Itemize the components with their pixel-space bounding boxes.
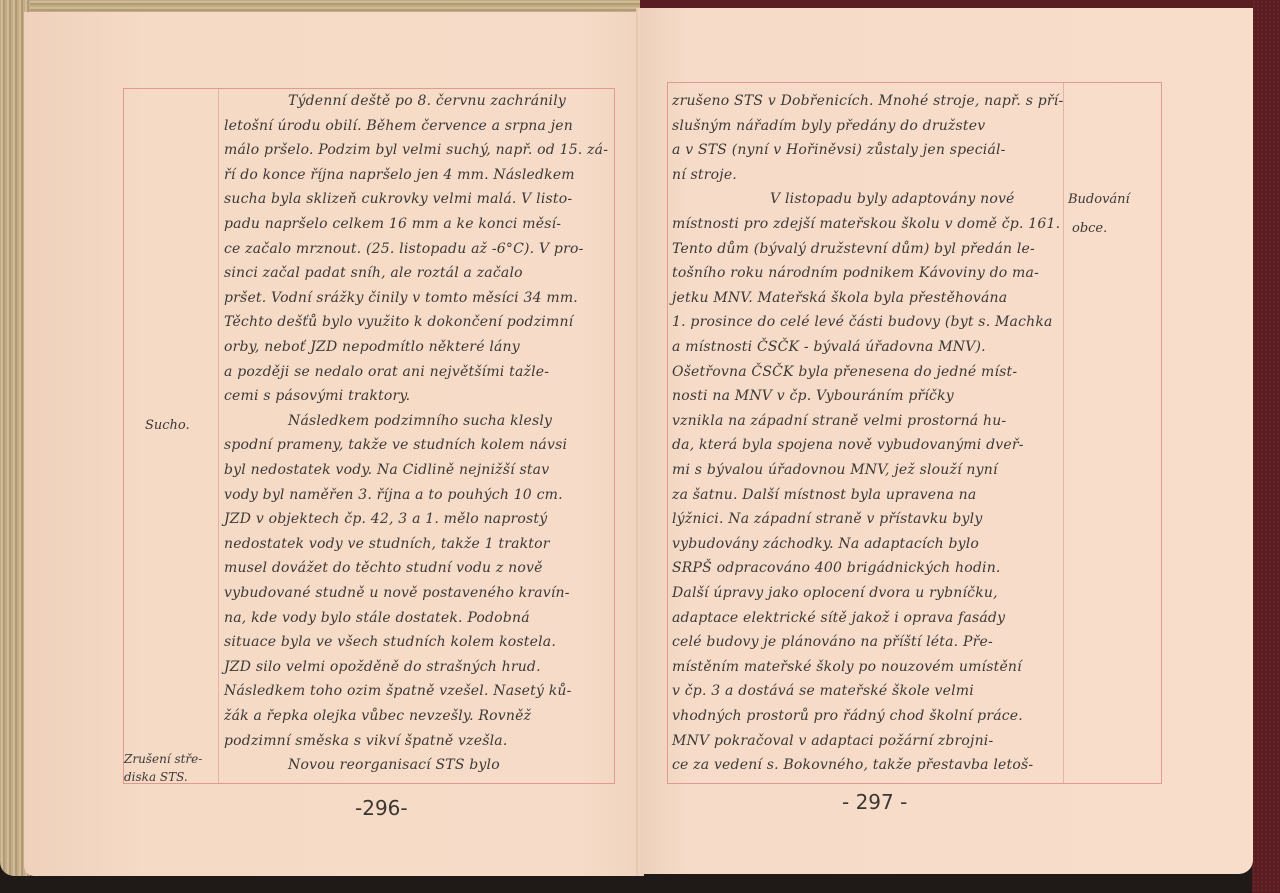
text-line: místěním mateřské školy po nouzovém umís… [672, 659, 1022, 675]
text-line: sinci začal padat sníh, ale roztál a zač… [224, 265, 523, 281]
text-line: situace byla ve všech studních kolem kos… [224, 634, 556, 650]
text-line: na, kde vody bylo stále dostatek. Podobn… [224, 610, 530, 626]
text-line: a v STS (nyní v Hořiněvsi) zůstaly jen s… [672, 142, 1006, 158]
text-line: slušným nářadím byly předány do družstev [672, 118, 985, 134]
text-line: vody byl naměřen 3. října a to pouhých 1… [224, 487, 563, 503]
left-margin-rule [218, 89, 219, 783]
book-cover-top [640, 0, 1280, 8]
text-line: lýžnici. Na západní straně v přístavku b… [672, 511, 982, 527]
text-line: vznikla na západní straně velmi prostorn… [672, 413, 1006, 429]
text-line: nedostatek vody ve studních, takže 1 tra… [224, 536, 550, 552]
text-line: málo pršelo. Podzim byl velmi suchý, nap… [224, 142, 608, 158]
margin-note-budovani: Budování [1068, 192, 1130, 207]
right-page-frame [667, 82, 1162, 784]
right-page-number: - 297 - [842, 790, 907, 814]
text-line: a místnosti ČSČK - bývalá úřadovna MNV). [672, 339, 986, 355]
text-line: zrušeno STS v Dobřenicích. Mnohé stroje,… [672, 93, 1063, 109]
text-line: Tento dům (bývalý družstevní dům) byl př… [672, 241, 1035, 257]
text-line: orby, neboť JZD nepodmítlo některé lány [224, 339, 520, 355]
text-line: JZD silo velmi opožděně do strašných hru… [224, 659, 541, 675]
text-line: Další úpravy jako oplocení dvora u rybní… [672, 585, 998, 601]
text-line: vybudované studně u nově postaveného kra… [224, 585, 570, 601]
text-line: a později se nedalo orat ani největšími … [224, 364, 549, 380]
text-line: MNV pokračoval v adaptaci požární zbrojn… [672, 733, 993, 749]
text-line: letošní úrodu obilí. Během července a sr… [224, 118, 573, 134]
text-line: vhodných prostorů pro řádný chod školní … [672, 708, 1023, 724]
text-line: 1. prosince do celé levé části budovy (b… [672, 314, 1053, 330]
text-line: vybudovány záchodky. Na adaptacích bylo [672, 536, 979, 552]
text-line: Následkem toho ozim špatně vzešel. Naset… [224, 683, 572, 699]
text-line: Následkem podzimního sucha klesly [288, 413, 552, 429]
margin-note-zruseni-1: Zrušení stře- [124, 752, 202, 766]
text-line: celé budovy je plánováno na příští léta.… [672, 634, 993, 650]
text-line: ří do konce října napršelo jen 4 mm. Nás… [224, 167, 575, 183]
text-line: nosti na MNV v čp. Vybouráním příčky [672, 388, 954, 404]
text-line: adaptace elektrické sítě jakož i oprava … [672, 610, 1005, 626]
text-line: SRPŠ odpracováno 400 brigádnických hodin… [672, 560, 1001, 576]
right-margin-rule [1063, 83, 1064, 783]
text-line: pršet. Vodní srážky činily v tomto měsíc… [224, 290, 578, 306]
text-line: cemi s pásovými traktory. [224, 388, 410, 404]
text-line: tošního roku národním podnikem Kávoviny … [672, 265, 1039, 281]
text-line: JZD v objektech čp. 42, 3 a 1. mělo napr… [224, 511, 547, 527]
text-line: ní stroje. [672, 167, 737, 183]
text-line: V listopadu byly adaptovány nové [770, 191, 1015, 207]
text-line: v čp. 3 a dostává se mateřské škole velm… [672, 683, 974, 699]
text-line: padu napršelo celkem 16 mm a ke konci mě… [224, 216, 561, 232]
margin-note-sucho: Sucho. [145, 418, 190, 433]
text-line: místnosti pro zdejší mateřskou školu v d… [672, 216, 1060, 232]
margin-note-zruseni-2: diska STS. [124, 770, 188, 784]
text-line: mi s bývalou úřadovnou MNV, jež slouží n… [672, 462, 998, 478]
text-line: spodní prameny, takže ve studních kolem … [224, 437, 567, 453]
text-line: ce začalo mrznout. (25. listopadu až -6°… [224, 241, 584, 257]
text-line: za šatnu. Další místnost byla upravena n… [672, 487, 976, 503]
margin-note-obce: obce. [1072, 221, 1107, 236]
text-line: jetku MNV. Mateřská škola byla přestěhov… [672, 290, 1007, 306]
text-line: musel dovážet do těchto studní vodu z no… [224, 560, 543, 576]
text-line: Těchto dešťů bylo využito k dokončení po… [224, 314, 573, 330]
text-line: sucha byla sklizeň cukrovky velmi malá. … [224, 191, 572, 207]
left-page-number: -296- [355, 796, 408, 820]
text-line: Týdenní deště po 8. červnu zachránily [288, 93, 566, 109]
text-line: da, která byla spojena nově vybudovanými… [672, 437, 1024, 453]
text-line: byl nedostatek vody. Na Cidlině nejnižší… [224, 462, 549, 478]
text-line: ce za vedení s. Bokovného, takže přestav… [672, 757, 1033, 773]
book-cover-right [1252, 0, 1280, 893]
text-line: Ošetřovna ČSČK byla přenesena do jedné m… [672, 364, 1017, 380]
text-line: podzimní směska s vikví špatně vzešla. [224, 733, 507, 749]
text-line: žák a řepka olejka vůbec nevzešly. Rovně… [224, 708, 531, 724]
text-line: Novou reorganisací STS bylo [288, 757, 500, 773]
